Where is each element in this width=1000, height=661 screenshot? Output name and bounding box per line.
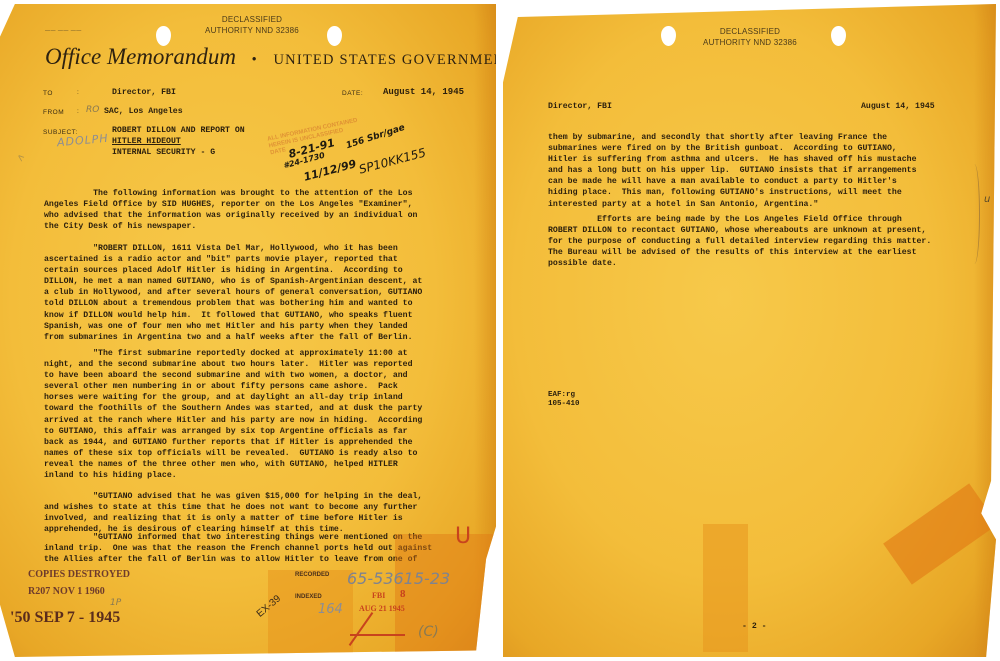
red-underline-mark bbox=[350, 634, 405, 636]
from-label: FROM bbox=[43, 109, 64, 116]
fbi-stamp-date: AUG 21 1945 bbox=[359, 604, 405, 613]
body-paragraph-final: Efforts are being made by the Los Angele… bbox=[548, 214, 931, 269]
page-edge-shadow bbox=[974, 4, 996, 657]
fbi-stamp-label: FBI bbox=[372, 591, 385, 600]
typist-initials: EAF:rg bbox=[548, 391, 575, 400]
page-number: - 2 - bbox=[742, 621, 767, 632]
declassified-authority: AUTHORITY NND 32386 bbox=[650, 37, 850, 48]
subject-line-3: INTERNAL SECURITY - G bbox=[112, 147, 215, 158]
copies-destroyed-code: R207 NOV 1 1960 bbox=[28, 586, 105, 597]
declassified-authority: AUTHORITY NND 32386 bbox=[152, 25, 352, 36]
from-value: SAC, Los Angeles bbox=[104, 106, 183, 117]
body-paragraph-2: "ROBERT DILLON, 1611 Vista Del Mar, Holl… bbox=[44, 243, 422, 343]
to-colon: : bbox=[77, 89, 79, 96]
title-separator: • bbox=[252, 52, 258, 68]
body-paragraph-5: "GUTIANO informed that two interesting t… bbox=[44, 532, 432, 565]
red-handwritten-mark: U bbox=[455, 524, 471, 549]
declassified-line-1: DECLASSIFIED bbox=[650, 26, 850, 37]
date-value: August 14, 1945 bbox=[383, 87, 464, 98]
memo-title: Office Memorandum bbox=[45, 44, 236, 69]
handwritten-note-ref: SP10KK155 bbox=[357, 145, 427, 176]
received-date-stamp: '50 SEP 7 - 1945 bbox=[10, 609, 120, 627]
circle-mark: (C) bbox=[418, 624, 439, 640]
handwritten-164: 164 bbox=[318, 602, 343, 617]
body-paragraph-continued: them by submarine, and secondly that sho… bbox=[548, 132, 917, 210]
margin-bracket-mark bbox=[969, 164, 980, 264]
to-value: Director, FBI bbox=[548, 101, 612, 112]
tape-strip bbox=[703, 524, 748, 652]
subject-line-1: ROBERT DILLON AND REPORT ON bbox=[112, 125, 245, 136]
from-handwritten: RO bbox=[86, 105, 99, 115]
pencil-mark: 1P bbox=[110, 598, 121, 608]
tape-strip bbox=[395, 534, 495, 657]
from-colon: : bbox=[77, 108, 79, 115]
fbi-stamp-number: 8 bbox=[400, 588, 406, 600]
recorded-label: RECORDED bbox=[295, 572, 329, 578]
file-reference: 105-410 bbox=[548, 400, 580, 409]
government-label: UNITED STATES GOVERNMENT bbox=[274, 52, 497, 68]
memo-page-2: DECLASSIFIED AUTHORITY NND 32386 Directo… bbox=[503, 4, 996, 657]
date-label: DATE: bbox=[342, 90, 363, 97]
memo-page-1: DECLASSIFIED AUTHORITY NND 32386 —— —— —… bbox=[0, 4, 496, 657]
indexed-label: INDEXED bbox=[295, 594, 322, 600]
margin-handwritten-mark: u bbox=[984, 194, 990, 205]
declassified-line-1: DECLASSIFIED bbox=[152, 14, 352, 25]
body-paragraph-1: The following information was brought to… bbox=[44, 188, 417, 232]
subject-line-2: HITLER HIDEOUT bbox=[112, 136, 181, 147]
form-number: —— —— —— bbox=[45, 28, 82, 34]
declassified-stamp: DECLASSIFIED AUTHORITY NND 32386 bbox=[152, 14, 352, 36]
declassified-stamp: DECLASSIFIED AUTHORITY NND 32386 bbox=[650, 26, 850, 48]
date-value: August 14, 1945 bbox=[861, 101, 935, 112]
body-paragraph-3: "The first submarine reportedly docked a… bbox=[44, 348, 422, 481]
copies-destroyed-stamp: COPIES DESTROYED bbox=[28, 569, 130, 580]
to-value: Director, FBI bbox=[112, 87, 176, 98]
file-number: 65-53615-23 bbox=[347, 569, 450, 588]
memo-header: Office Memorandum • UNITED STATES GOVERN… bbox=[45, 44, 496, 70]
to-label: TO bbox=[43, 90, 53, 97]
margin-pencil-mark: ʌ bbox=[15, 152, 27, 163]
body-paragraph-4: "GUTIANO advised that he was given $15,0… bbox=[44, 491, 422, 535]
